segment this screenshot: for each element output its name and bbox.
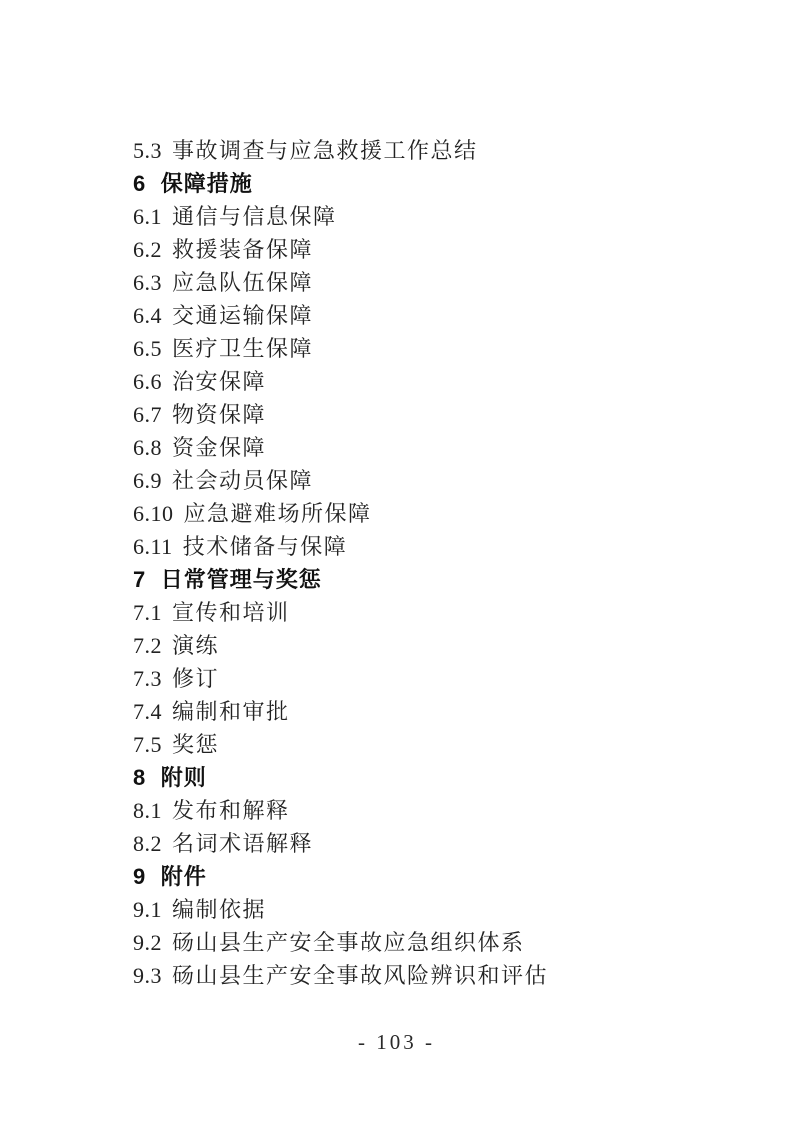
toc-entry: 8.2名词术语解释	[133, 827, 753, 860]
toc-entry-number: 5.3	[133, 138, 162, 163]
toc-entry-number: 6.6	[133, 369, 162, 394]
toc-entry: 8.1发布和解释	[133, 794, 753, 827]
toc-entry-title: 附则	[161, 765, 207, 790]
toc-entry-title: 医疗卫生保障	[172, 336, 313, 361]
toc-chapter-entry: 8附则	[133, 761, 753, 794]
toc-entry-title: 交通运输保障	[172, 303, 313, 328]
toc-entry-number: 6.1	[133, 204, 162, 229]
toc-entry-number: 6.3	[133, 270, 162, 295]
toc-entry: 7.1宣传和培训	[133, 596, 753, 629]
toc-entry: 7.4编制和审批	[133, 695, 753, 728]
toc-entry-title: 事故调查与应急救援工作总结	[172, 138, 478, 163]
toc-entry: 9.1编制依据	[133, 893, 753, 926]
toc-entry-title: 附件	[161, 864, 207, 889]
toc-entry-number: 8.2	[133, 831, 162, 856]
toc-entry-title: 砀山县生产安全事故风险辨识和评估	[172, 963, 548, 988]
toc-entry-number: 6.8	[133, 435, 162, 460]
toc-entry-number: 9.3	[133, 963, 162, 988]
toc-entry-number: 6.11	[133, 534, 173, 559]
toc-entry-title: 宣传和培训	[172, 600, 290, 625]
toc-entry-number: 9.1	[133, 897, 162, 922]
toc-entry-number: 6.2	[133, 237, 162, 262]
toc-entry-number: 7.5	[133, 732, 162, 757]
toc-entry: 5.3事故调查与应急救援工作总结	[133, 134, 753, 167]
toc-entry: 6.2救援装备保障	[133, 233, 753, 266]
toc-entry-title: 编制和审批	[172, 699, 290, 724]
toc-entry-number: 8.1	[133, 798, 162, 823]
toc-entry-title: 治安保障	[172, 369, 266, 394]
toc-entry-title: 演练	[172, 633, 219, 658]
toc-chapter-entry: 7日常管理与奖惩	[133, 563, 753, 596]
toc-entry-number: 6.4	[133, 303, 162, 328]
toc-entry-number: 7.1	[133, 600, 162, 625]
toc-entry-title: 救援装备保障	[172, 237, 313, 262]
toc-entry-title: 资金保障	[172, 435, 266, 460]
toc-chapter-entry: 6保障措施	[133, 167, 753, 200]
toc-entry-number: 6.9	[133, 468, 162, 493]
toc-entry: 9.3砀山县生产安全事故风险辨识和评估	[133, 959, 753, 992]
toc-entry-number: 6.7	[133, 402, 162, 427]
toc-entry-number: 6	[133, 171, 146, 196]
toc-entry-title: 砀山县生产安全事故应急组织体系	[172, 930, 525, 955]
toc-chapter-entry: 9附件	[133, 860, 753, 893]
toc-entry: 7.5奖惩	[133, 728, 753, 761]
toc-entry-number: 6.10	[133, 501, 174, 526]
toc-entry: 6.3应急队伍保障	[133, 266, 753, 299]
toc-entry-title: 应急队伍保障	[172, 270, 313, 295]
toc-entry-title: 奖惩	[172, 732, 219, 757]
toc-entry-title: 应急避难场所保障	[184, 501, 372, 526]
toc-entry-number: 6.5	[133, 336, 162, 361]
toc-entry: 6.5医疗卫生保障	[133, 332, 753, 365]
toc-entry: 7.2演练	[133, 629, 753, 662]
toc-entry: 6.6治安保障	[133, 365, 753, 398]
toc-entry-number: 8	[133, 765, 146, 790]
page-number: - 103 -	[0, 1030, 793, 1055]
toc-entry-number: 7.4	[133, 699, 162, 724]
toc-entry-title: 编制依据	[172, 897, 266, 922]
toc-entry-number: 7.2	[133, 633, 162, 658]
toc-entry: 7.3修订	[133, 662, 753, 695]
toc-entry: 6.7物资保障	[133, 398, 753, 431]
toc-entry-number: 7.3	[133, 666, 162, 691]
toc-entry-title: 技术储备与保障	[183, 534, 348, 559]
toc-entry: 6.1通信与信息保障	[133, 200, 753, 233]
toc-entry-number: 9.2	[133, 930, 162, 955]
toc-entry: 6.10应急避难场所保障	[133, 497, 753, 530]
table-of-contents: 5.3事故调查与应急救援工作总结 6保障措施 6.1通信与信息保障 6.2救援装…	[133, 134, 753, 992]
toc-entry: 6.8资金保障	[133, 431, 753, 464]
toc-entry: 6.11技术储备与保障	[133, 530, 753, 563]
toc-entry-number: 7	[133, 567, 146, 592]
toc-entry: 6.9社会动员保障	[133, 464, 753, 497]
toc-entry-title: 通信与信息保障	[172, 204, 337, 229]
toc-entry-title: 保障措施	[161, 171, 253, 196]
toc-entry-title: 修订	[172, 666, 219, 691]
toc-entry: 6.4交通运输保障	[133, 299, 753, 332]
toc-entry: 9.2砀山县生产安全事故应急组织体系	[133, 926, 753, 959]
document-page: 5.3事故调查与应急救援工作总结 6保障措施 6.1通信与信息保障 6.2救援装…	[0, 0, 793, 1122]
toc-entry-title: 发布和解释	[172, 798, 290, 823]
toc-entry-number: 9	[133, 864, 146, 889]
toc-entry-title: 日常管理与奖惩	[161, 567, 322, 592]
toc-entry-title: 名词术语解释	[172, 831, 313, 856]
toc-entry-title: 社会动员保障	[172, 468, 313, 493]
toc-entry-title: 物资保障	[172, 402, 266, 427]
